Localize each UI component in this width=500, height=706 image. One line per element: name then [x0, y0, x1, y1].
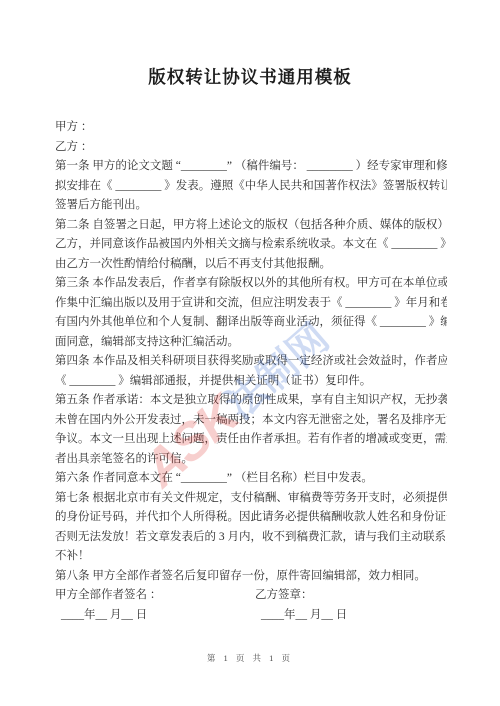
document-page: 版权转让协议书通用模板 甲方 ：乙方 ：第一条 甲方的论文文题 “_______… [0, 0, 500, 706]
party-b-seal-label: 乙方签章： [255, 586, 447, 606]
body-line: 乙方，并同意该作品被国内外相关文摘与检索系统收录。本文在《 ________ 》… [55, 235, 447, 255]
signature-row: 甲方全部作者签名 ： 乙方签章： [55, 586, 447, 606]
body-line: 由乙方一次性酌情给付稿酬，以后不再支付其他报酬。 [55, 255, 447, 275]
page-number-footer: 第 1 页 共 1 页 [0, 652, 500, 664]
body-line: 有国内外其他单位和个人复制、翻译出版等商业活动，须征得《 ________ 》编… [55, 313, 447, 333]
body-line: 拟安排在《 ________ 》发表。遵照《中华人民共和国著作权法》签署版权转让… [55, 177, 447, 197]
body-line: 面同意，编辑部支持这种汇编活动。 [55, 333, 447, 353]
body-line: 甲方 ： [55, 118, 447, 138]
body-line: 作集中汇编出版以及用于宣讲和交流，但应注明发表于《 ________ 》年月和卷… [55, 294, 447, 314]
document-body: 甲方 ：乙方 ：第一条 甲方的论文文题 “________” （稿件编号： __… [55, 118, 447, 586]
body-line: 《 ________ 》编辑部通报，并提供相关证明（证书）复印件。 [55, 372, 447, 392]
body-line: 第二条 自签署之日起，甲方将上述论文的版权（包括各种介质、媒体的版权）转让给 [55, 216, 447, 236]
document-title: 版权转让协议书通用模板 [0, 64, 500, 89]
body-line: 第三条 本作品发表后，作者享有除版权以外的其他所有权。甲方可在本单位或本人著 [55, 274, 447, 294]
body-line: 者出具亲笔签名的许可信。 [55, 450, 447, 470]
party-a-signature-label: 甲方全部作者签名 ： [55, 586, 255, 606]
body-line: 签署后方能刊出。 [55, 196, 447, 216]
body-line: 未曾在国内外公开发表过，未一稿两投；本文内容无泄密之处，署名及排序无误且无 [55, 411, 447, 431]
body-line: 第七条 根据北京市有关文件规定，支付稿酬、审稿费等劳务开支时，必须提供收款人 [55, 489, 447, 509]
party-a-date-blank: ____年__ 月__ 日 [55, 606, 261, 626]
body-line: 的身份证号码，并代扣个人所得税。因此请务必提供稿酬收款人姓名和身份证号码， [55, 508, 447, 528]
body-line: 第五条 作者承诺：本文是独立取得的原创性成果，享有自主知识产权，无抄袭问题， [55, 391, 447, 411]
party-b-date-blank: ____年__ 月__ 日 [261, 606, 447, 626]
body-line: 第六条 作者同意本文在 “________” （栏目名称）栏目中发表。 [55, 469, 447, 489]
body-line: 不补！ [55, 547, 447, 567]
body-line: 第八条 甲方全部作者签名后复印留存一份，原件寄回编辑部，效力相同。 [55, 567, 447, 587]
body-line: 第四条 本作品及相关科研项目获得奖励或取得一定经济或社会效益时，作者应主动向 [55, 352, 447, 372]
body-line: 否则无法发放！若文章发表后的 3 月内，收不到稿费汇款，请与我们主动联系，逾期 [55, 528, 447, 548]
body-line: 乙方 ： [55, 138, 447, 158]
date-row: ____年__ 月__ 日 ____年__ 月__ 日 [55, 606, 447, 626]
body-line: 第一条 甲方的论文文题 “________” （稿件编号： ________ ）… [55, 157, 447, 177]
body-line: 争议。本文一旦出现上述问题，责任由作者承担。若有作者的增减或变更，需通讯作 [55, 430, 447, 450]
